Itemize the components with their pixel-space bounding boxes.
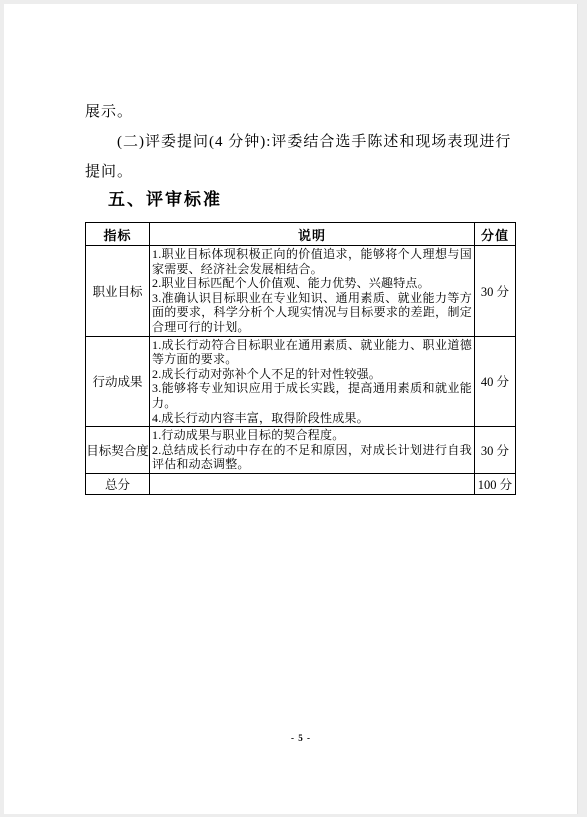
criteria-table: 指标 说明 分值 职业目标 1.职业目标体现积极正向的价值追求，能够将个人理想与… bbox=[85, 222, 516, 495]
description-cell: 1.行动成果与职业目标的契合程度。 2.总结成长行动中存在的不足和原因，对成长计… bbox=[150, 427, 475, 474]
paragraph-line-1: 展示。 bbox=[85, 97, 517, 127]
table-row-total: 总分 100 分 bbox=[86, 473, 516, 494]
indicator-cell: 行动成果 bbox=[86, 336, 150, 427]
header-score: 分值 bbox=[475, 223, 516, 246]
description-cell-empty bbox=[150, 473, 475, 494]
page-content: 展示。 (二)评委提问(4 分钟):评委结合选手陈述和现场表现进行 提问。 五、… bbox=[4, 4, 577, 743]
table-row-career-goal: 职业目标 1.职业目标体现积极正向的价值追求，能够将个人理想与国家需要、经济社会… bbox=[86, 246, 516, 337]
score-cell: 30 分 bbox=[475, 246, 516, 337]
indicator-cell: 职业目标 bbox=[86, 246, 150, 337]
document-viewport: 展示。 (二)评委提问(4 分钟):评委结合选手陈述和现场表现进行 提问。 五、… bbox=[0, 0, 587, 817]
indicator-cell: 目标契合度 bbox=[86, 427, 150, 474]
page-number: - 5 - bbox=[85, 733, 517, 743]
paragraph-line-3: 提问。 bbox=[85, 157, 517, 187]
score-cell: 100 分 bbox=[475, 473, 516, 494]
header-indicator: 指标 bbox=[86, 223, 150, 246]
section-heading: 五、评审标准 bbox=[108, 187, 517, 213]
score-cell: 30 分 bbox=[475, 427, 516, 474]
table-header-row: 指标 说明 分值 bbox=[86, 223, 516, 246]
document-page: 展示。 (二)评委提问(4 分钟):评委结合选手陈述和现场表现进行 提问。 五、… bbox=[4, 4, 578, 814]
table-row-action-results: 行动成果 1.成长行动符合目标职业在通用素质、就业能力、职业道德等方面的要求。 … bbox=[86, 336, 516, 427]
description-cell: 1.职业目标体现积极正向的价值追求，能够将个人理想与国家需要、经济社会发展相结合… bbox=[150, 246, 475, 337]
table-row-goal-fit: 目标契合度 1.行动成果与职业目标的契合程度。 2.总结成长行动中存在的不足和原… bbox=[86, 427, 516, 474]
indicator-cell: 总分 bbox=[86, 473, 150, 494]
header-description: 说明 bbox=[150, 223, 475, 246]
description-cell: 1.成长行动符合目标职业在通用素质、就业能力、职业道德等方面的要求。 2.成长行… bbox=[150, 336, 475, 427]
score-cell: 40 分 bbox=[475, 336, 516, 427]
paragraph-line-2: (二)评委提问(4 分钟):评委结合选手陈述和现场表现进行 bbox=[85, 127, 517, 157]
